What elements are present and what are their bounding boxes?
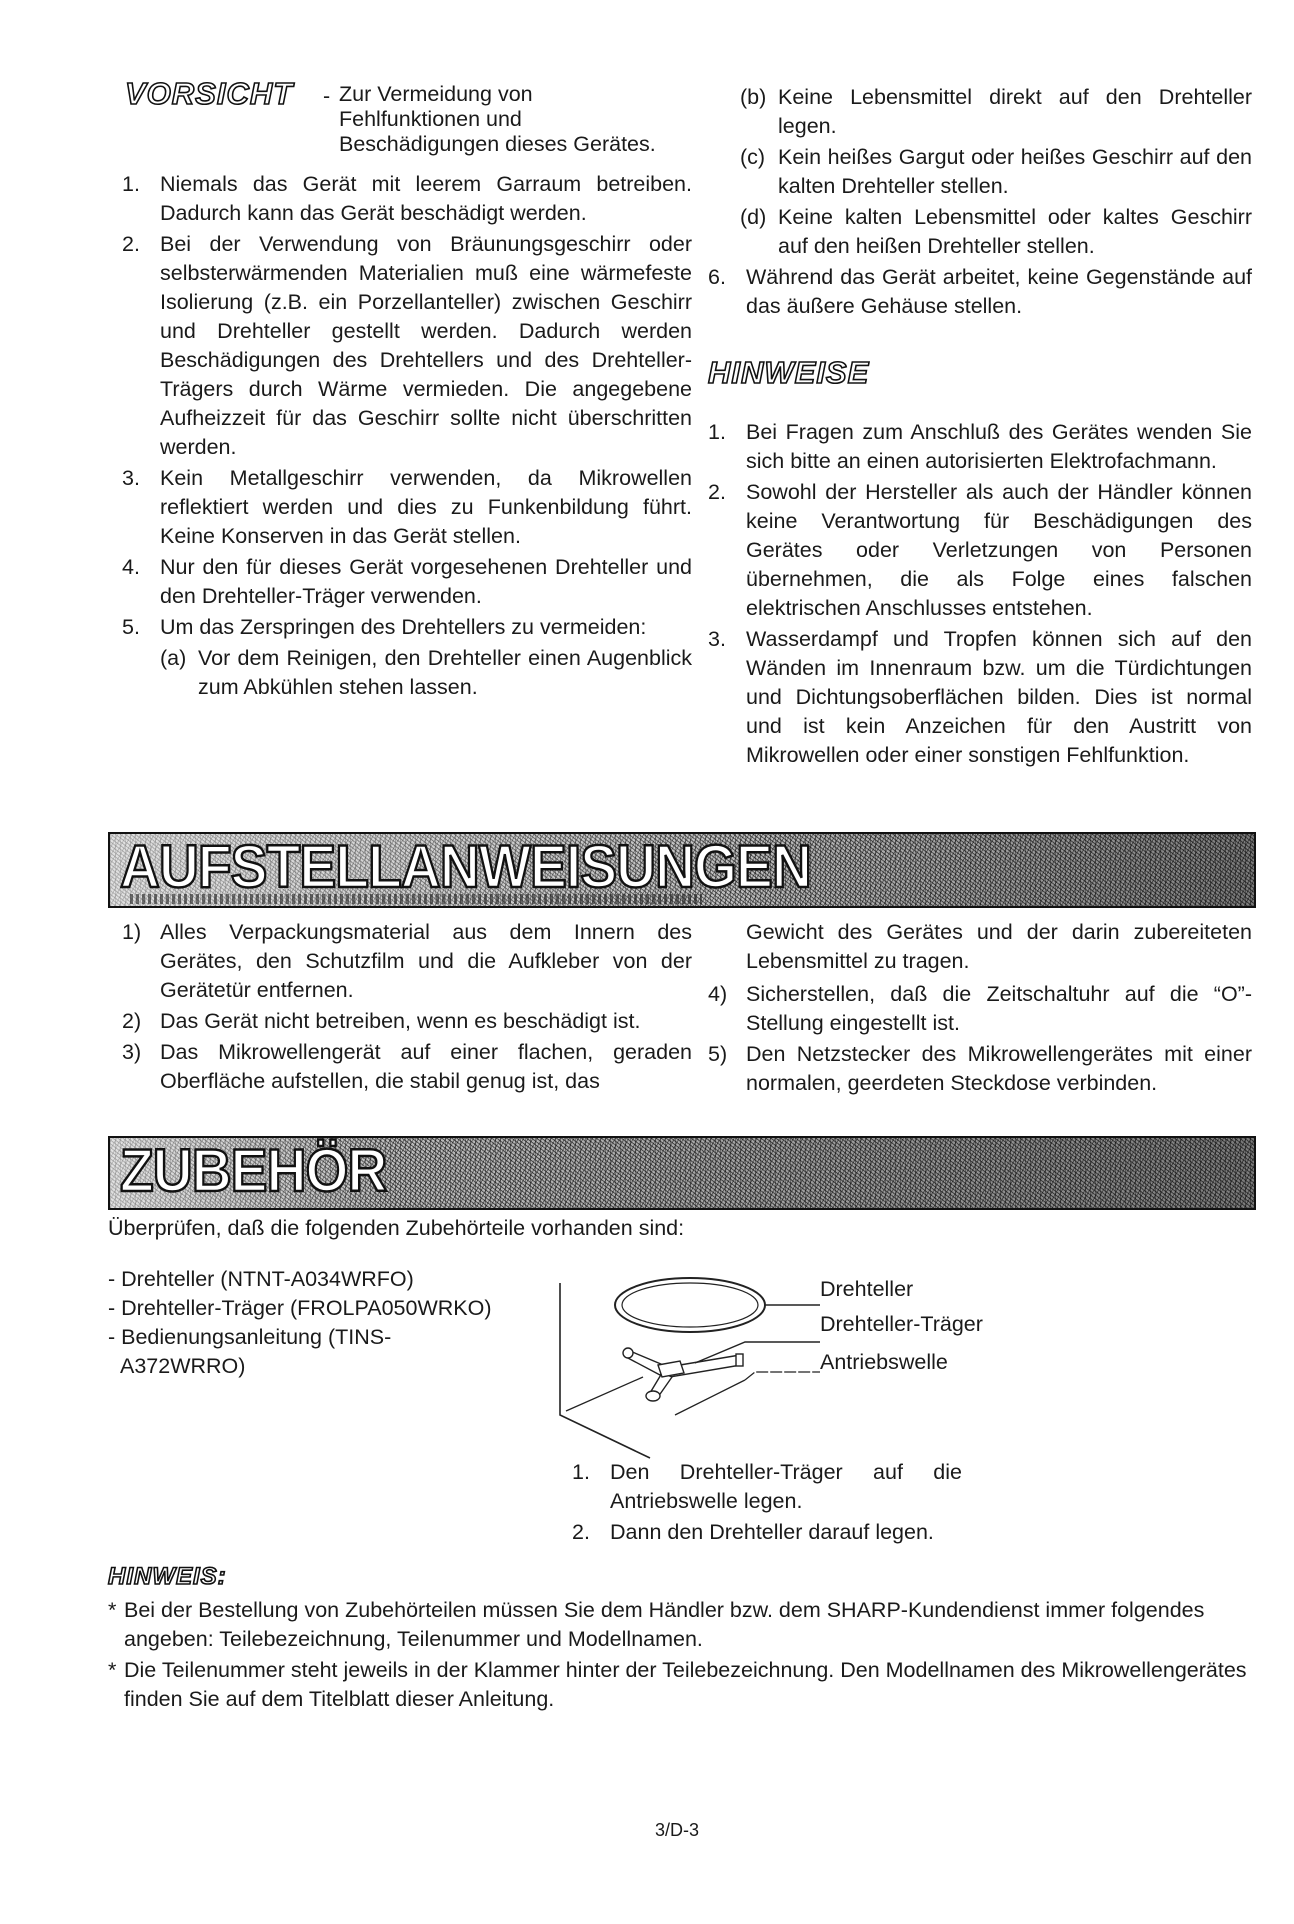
list-item: 2.Dann den Drehteller darauf legen. [572,1518,962,1547]
note-item: *Bei der Bestellung von Zubehörteilen mü… [108,1596,1253,1654]
aufstellanweisungen-banner: AUFSTELLANWEISUNGEN [108,832,1256,908]
item-number: 2) [122,1007,141,1036]
item-text: Gewicht des Gerätes und der darin zubere… [746,920,1252,973]
vorsicht-list-left: 1.Niemals das Gerät mit leerem Garraum b… [122,170,692,704]
item-text: Sicherstellen, daß die Zeitschaltuhr auf… [746,982,1252,1035]
list-item: 3.Wasserdampf und Tropfen können sich au… [708,625,1252,770]
setup-list-right: Gewicht des Gerätes und der darin zubere… [708,918,1252,1100]
item-number: 2. [122,230,140,259]
hinweise-heading: HINWEISE [708,355,869,391]
sub-item-text: Vor dem Reinigen, den Drehteller einen A… [198,646,692,699]
item-text: Alles Verpackungsmaterial aus dem Innern… [160,920,692,1002]
sub-item-text: Keine Lebensmittel direkt auf den Drehte… [778,85,1252,138]
sub-item-text: Kein heißes Gargut oder heißes Geschirr … [778,145,1252,198]
zubehoer-title: ZUBEHÖR [120,1140,386,1202]
list-item: 3.Kein Metallgeschirr verwenden, da Mikr… [122,464,692,551]
item-text: Kein Metallgeschirr verwenden, da Mikrow… [160,466,692,548]
note-marker: * [108,1596,116,1625]
sub-item-label: (a) [160,644,186,673]
note-marker: * [108,1656,116,1685]
vorsicht-intro-line: Zur Vermeidung von [339,82,699,107]
vorsicht-dash: - [323,82,330,111]
hinweise-list: 1.Bei Fragen zum Anschluß des Gerätes we… [708,418,1252,772]
page-number: 3/D-3 [655,1820,699,1841]
list-item: 3)Das Mikrowellengerät auf einer flachen… [122,1038,692,1096]
diagram-label-antriebswelle: Antriebswelle [820,1348,948,1377]
vorsicht-intro-line: Beschädigungen dieses Gerätes. [339,132,699,157]
item-text: Wasserdampf und Tropfen können sich auf … [746,627,1252,767]
item-text: Sowohl der Hersteller als auch der Händl… [746,480,1252,620]
item-text: Während das Gerät arbeitet, keine Gegens… [746,265,1252,318]
vorsicht-heading: VORSICHT [125,76,293,112]
item-text: Niemals das Gerät mit leerem Garraum bet… [160,172,692,225]
sub-item-text: Keine kalten Lebensmittel oder kaltes Ge… [778,205,1252,258]
item-number: 5) [708,1040,727,1069]
item-number: 4. [122,553,140,582]
part-item: - Drehteller (NTNT-A034WRFO) [108,1265,548,1294]
item-text: Bei der Verwendung von Bräunungsgeschirr… [160,232,692,459]
item-text: Dann den Drehteller darauf legen. [610,1520,934,1544]
note-item: *Die Teilenummer steht jeweils in der Kl… [108,1656,1253,1714]
list-item: 4.Nur den für dieses Gerät vorgesehenen … [122,553,692,611]
part-item: - Bedienungsanleitung (TINS-A372WRRO) [108,1323,420,1381]
banner-texture [396,1138,1254,1208]
list-item: 1.Niemals das Gerät mit leerem Garraum b… [122,170,692,228]
part-item: - Drehteller-Träger (FROLPA050WRKO) [108,1294,548,1323]
item-number: 2. [708,478,726,507]
parts-list: - Drehteller (NTNT-A034WRFO) - Drehtelle… [108,1265,548,1381]
vorsicht-intro: Zur Vermeidung von Fehlfunktionen und Be… [339,82,699,157]
assembly-steps: 1.Den Drehteller-Träger auf die Antriebs… [572,1458,962,1549]
item-number: 1) [122,918,141,947]
setup-list-left: 1)Alles Verpackungsmaterial aus dem Inne… [122,918,692,1098]
note-text: Die Teilenummer steht jeweils in der Kla… [124,1658,1247,1711]
item-text: Um das Zerspringen des Drehtellers zu ve… [160,615,646,639]
item-number: 2. [572,1518,590,1547]
item-number: 4) [708,980,727,1009]
note-text: Bei der Bestellung von Zubehörteilen müs… [124,1598,1204,1651]
aufstellanweisungen-title: AUFSTELLANWEISUNGEN [120,836,811,898]
list-item: 1)Alles Verpackungsmaterial aus dem Inne… [122,918,692,1005]
item-number: 5. [122,613,140,642]
item-continuation: Gewicht des Gerätes und der darin zubere… [708,918,1252,976]
item-number: 3) [122,1038,141,1067]
sub-item-label: (d) [740,203,766,232]
item-text: Den Drehteller-Träger auf die Antriebswe… [610,1460,962,1513]
list-item: 2.Sowohl der Hersteller als auch der Hän… [708,478,1252,623]
list-item: 5)Den Netzstecker des Mikrowellengerätes… [708,1040,1252,1098]
list-item: 2)Das Gerät nicht betreiben, wenn es bes… [122,1007,692,1036]
item-text: Bei Fragen zum Anschluß des Gerätes wend… [746,420,1252,473]
banner-texture [739,834,1254,906]
sub-item: (a)Vor dem Reinigen, den Drehteller eine… [160,644,692,702]
diagram-label-drehteller: Drehteller [820,1275,913,1304]
item-number: 3. [708,625,726,654]
list-item: 5.Um das Zerspringen des Drehtellers zu … [122,613,692,702]
list-item: 2.Bei der Verwendung von Bräunungsgeschi… [122,230,692,462]
hinweis-heading: HINWEIS: [108,1563,227,1591]
item-text: Nur den für dieses Gerät vorgesehenen Dr… [160,555,692,608]
list-item: 1.Bei Fragen zum Anschluß des Gerätes we… [708,418,1252,476]
list-item: 1.Den Drehteller-Träger auf die Antriebs… [572,1458,962,1516]
item-number: 1. [572,1458,590,1487]
item-number: 6. [708,263,726,292]
item-text: Das Gerät nicht betreiben, wenn es besch… [160,1009,640,1033]
item-text: Den Netzstecker des Mikrowellengerätes m… [746,1042,1252,1095]
list-item: 6.Während das Gerät arbeitet, keine Gege… [708,263,1252,321]
sub-item-label: (c) [740,143,765,172]
diagram-label-drehteller-traeger: Drehteller-Träger [820,1310,983,1339]
zubehoer-intro: Überprüfen, daß die folgenden Zubehörtei… [108,1214,684,1243]
list-item: 4)Sicherstellen, daß die Zeitschaltuhr a… [708,980,1252,1038]
item-number: 1. [708,418,726,447]
vorsicht-intro-line: Fehlfunktionen und [339,107,699,132]
zubehoer-banner: ZUBEHÖR [108,1136,1256,1210]
hinweis-notes: *Bei der Bestellung von Zubehörteilen mü… [108,1596,1253,1714]
sub-item-label: (b) [740,83,766,112]
vorsicht-list-right: (b)Keine Lebensmittel direkt auf den Dre… [740,83,1252,323]
sub-item: (c)Kein heißes Gargut oder heißes Geschi… [740,143,1252,201]
sub-item: (d)Keine kalten Lebensmittel oder kaltes… [740,203,1252,261]
sub-item: (b)Keine Lebensmittel direkt auf den Dre… [740,83,1252,141]
item-number: 1. [122,170,140,199]
item-number: 3. [122,464,140,493]
item-text: Das Mikrowellengerät auf einer flachen, … [160,1040,692,1093]
